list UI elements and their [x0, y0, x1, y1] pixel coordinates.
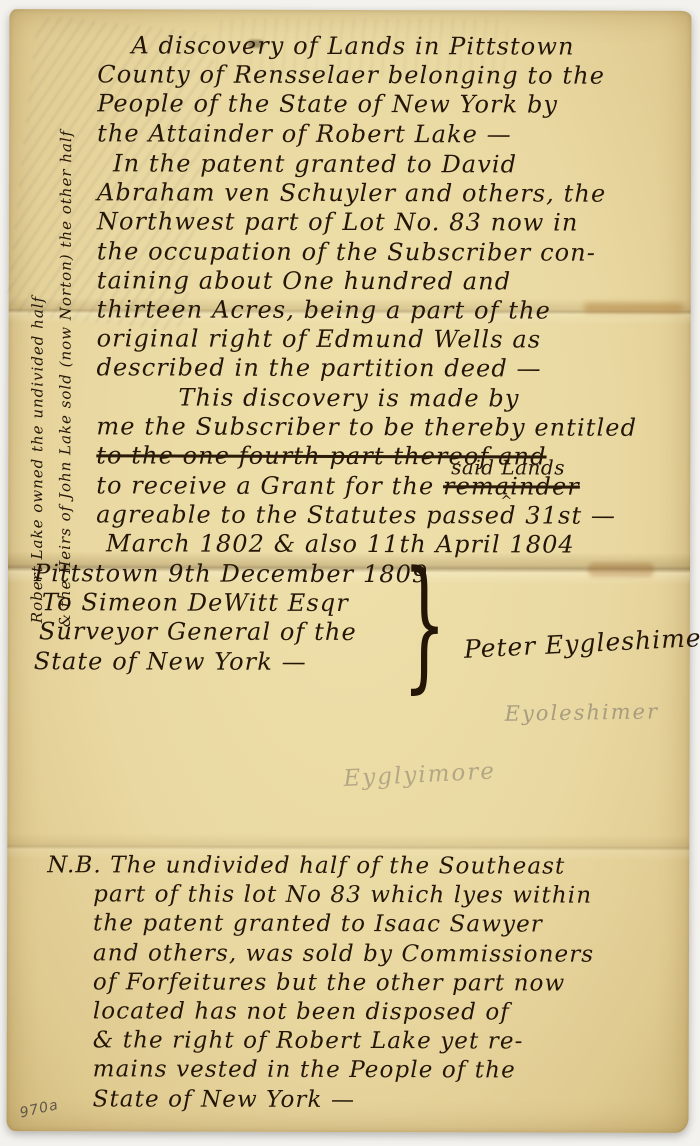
caret-mark: ^ — [500, 487, 513, 516]
paragraph-2: In the patent granted to David Abraham v… — [96, 149, 606, 384]
margin-note-line2: & the Heirs of John Lake sold (now Norto… — [56, 130, 75, 628]
curly-brace: } — [402, 539, 446, 707]
text-segment: to receive a Grant for the — [96, 471, 443, 500]
text-line: County of Rensselaer belonging to the — [97, 61, 605, 92]
text-line: taining about One hundred and — [97, 266, 606, 297]
text-line: mains vested in the People of the — [93, 1056, 594, 1087]
text-line: the patent granted to Isaac Sawyer — [93, 910, 594, 941]
text-line: original right of Edmund Wells as — [97, 325, 606, 356]
addressee-line: To Simeon DeWitt Esqr — [42, 588, 429, 618]
text-line: part of this lot No 83 which lyes within — [93, 881, 594, 912]
text-line: agreable to the Statutes passed 31st — — [96, 500, 637, 531]
inserted-text: said Lands — [451, 453, 565, 483]
text-line: & the right of Robert Lake yet re- — [93, 1027, 594, 1058]
pencil-practice-signature: Eyglyimore — [343, 758, 497, 792]
text-line: me the Subscriber to be thereby entitled — [96, 413, 637, 444]
text-line: Northwest part of Lot No. 83 now in — [97, 208, 606, 239]
pencil-ghost-signature: Eyoleshimer — [504, 699, 659, 725]
text-line: Abraham ven Schuyler and others, the — [97, 179, 606, 210]
address-block: Pittstown 9th December 1809 To Simeon De… — [34, 559, 429, 677]
text-line: People of the State of New York by — [97, 90, 605, 121]
text-line: and others, was sold by Commissioners — [93, 939, 594, 970]
text-line: State of New York — — [93, 1085, 594, 1116]
text-line: described in the partition deed — — [96, 354, 605, 385]
text-line: located has not been disposed of — [93, 997, 594, 1028]
paragraph-3: This discovery is made by me the Subscri… — [96, 383, 637, 560]
text-line: March 1802 & also 11th April 1804 — [106, 529, 637, 560]
signature: Peter Eygleshimer — [463, 622, 700, 663]
text-line: In the patent granted to David — [113, 149, 606, 179]
ink-stain-right-middle — [588, 563, 654, 577]
text-line: N.B. The undivided half of the Southeast — [47, 851, 594, 882]
scanned-document-page: { "colors": { "paper": "#e8d7a0", "ink":… — [0, 0, 700, 1146]
addressee-title-line: Surveyor General of the — [39, 618, 429, 648]
archival-number: 970a — [18, 1097, 60, 1121]
text-line: A discovery of Lands in Pittstown — [131, 31, 605, 61]
addressee-title-line: State of New York — — [34, 647, 429, 677]
text-line: thirteen Acres, being a part of the — [97, 295, 606, 326]
text-line: of Forfeitures but the other part now — [93, 968, 594, 999]
text-line-with-insertion: to receive a Grant for the said Lands^re… — [96, 471, 637, 502]
dateline: Pittstown 9th December 1809 — [34, 559, 429, 589]
text-line: the occupation of the Subscriber con- — [97, 237, 606, 268]
paragraph-1: A discovery of Lands in Pittstown County… — [97, 31, 605, 149]
correction-group: said Lands^remainder — [443, 472, 580, 502]
text-line: This discovery is made by — [178, 384, 637, 414]
nota-bene-block: N.B. The undivided half of the Southeast… — [47, 851, 595, 1115]
manuscript-paper: Robert Lake owned the undivided half & t… — [7, 9, 692, 1133]
text-line: the Attainder of Robert Lake — — [97, 119, 605, 150]
